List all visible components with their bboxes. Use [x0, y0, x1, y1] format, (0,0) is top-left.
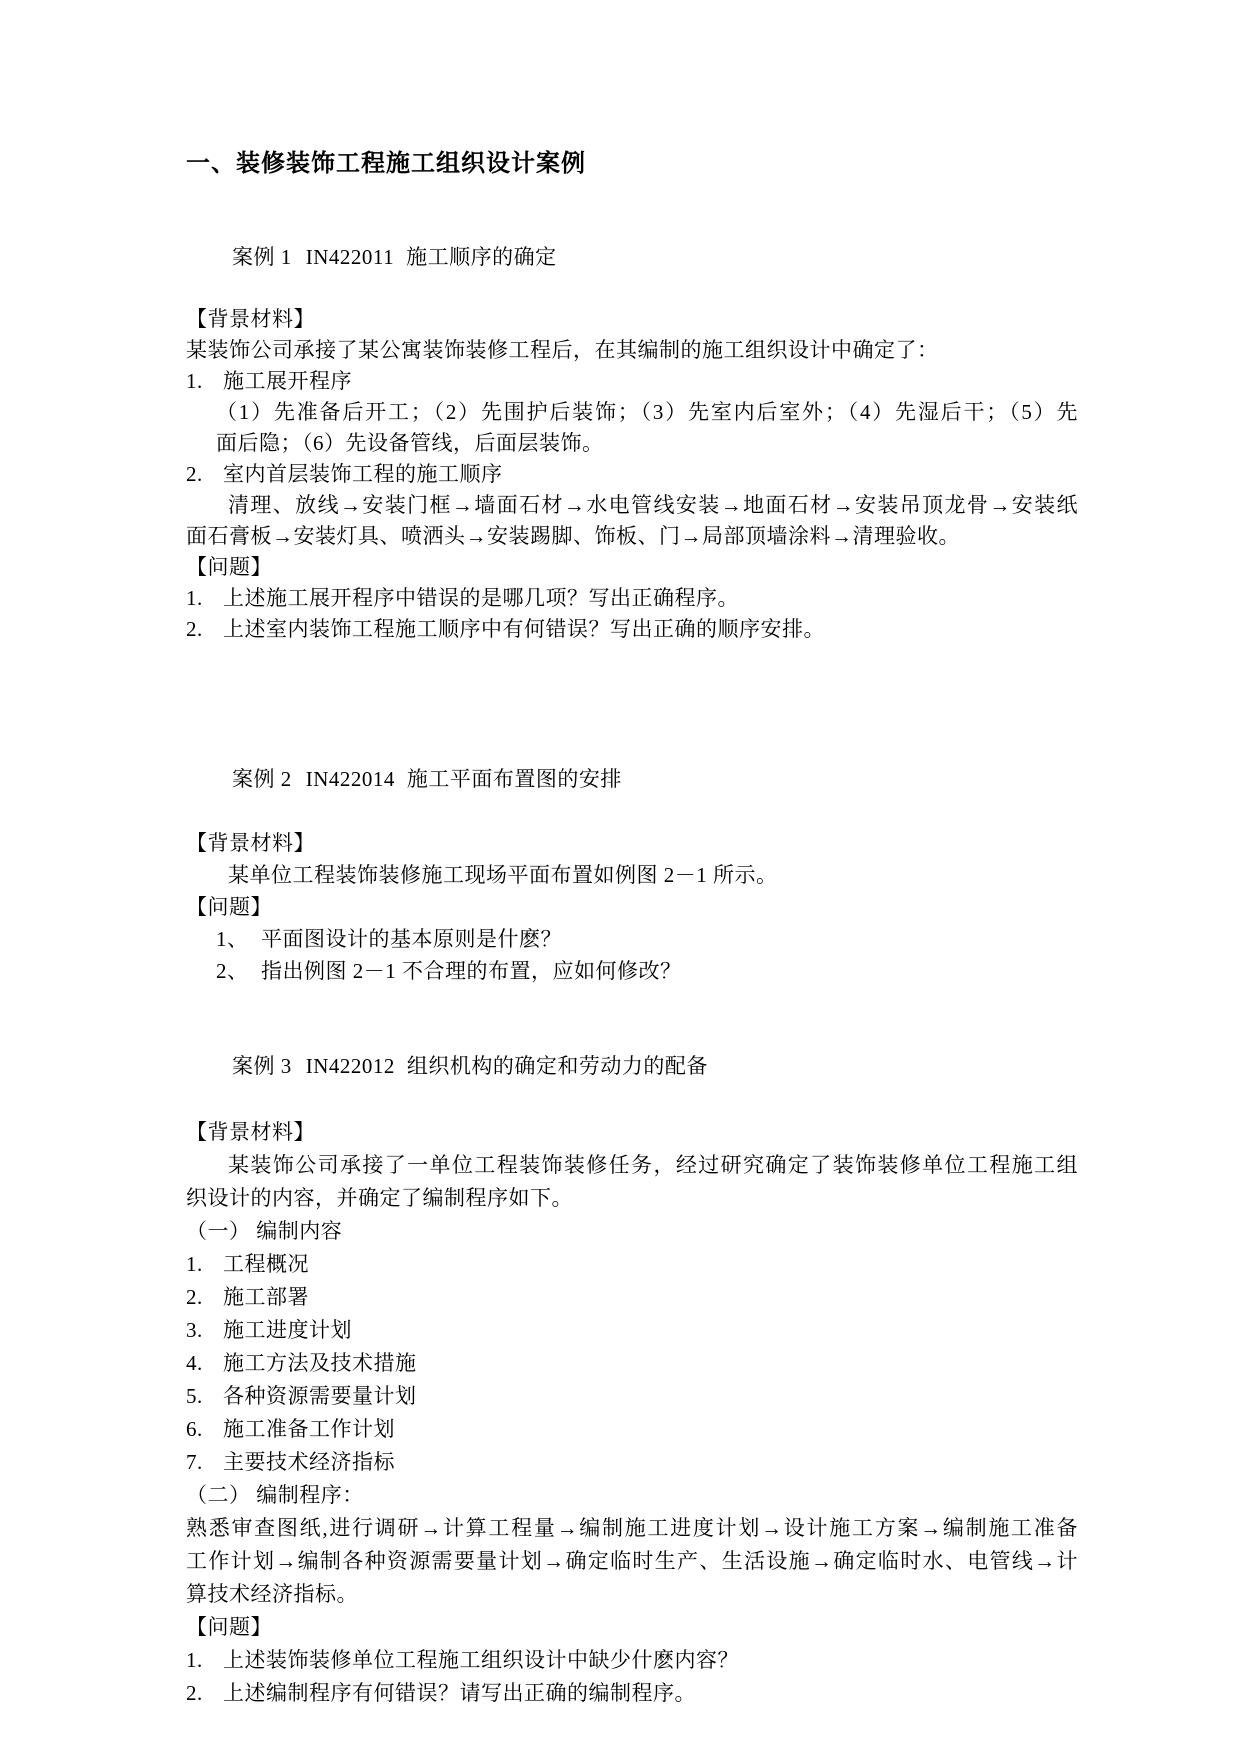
- case-3-question-1: 1.上述装饰装修单位工程施工组织设计中缺少什麽内容？: [186, 1644, 1078, 1677]
- question-number: 2.: [186, 614, 223, 645]
- case-3-question-2: 2.上述编制程序有何错误？请写出正确的编制程序。: [186, 1677, 1078, 1710]
- item-text: 各种资源需要量计划: [223, 1384, 417, 1408]
- case-1-code: IN422011: [306, 245, 394, 269]
- case-2-question-2: 2、指出例图 2－1 不合理的布置，应如何修改？: [186, 955, 1078, 987]
- case-3-intro-line-2: 织设计的内容，并确定了编制程序如下。: [186, 1182, 1078, 1215]
- item-number: 1.: [186, 366, 223, 397]
- case-1-item-1: 1.施工展开程序: [186, 366, 1078, 397]
- item-text: 施工方法及技术措施: [223, 1351, 417, 1375]
- item-number: 2.: [186, 459, 223, 490]
- item-number: 2.: [186, 1281, 223, 1314]
- question-number: 1.: [186, 1644, 223, 1677]
- case-1-heading: 案例 1IN422011施工顺序的确定: [186, 211, 1078, 304]
- case-1-item-2: 2.室内首层装饰工程的施工顺序: [186, 459, 1078, 490]
- item-text: 主要技术经济指标: [223, 1450, 395, 1474]
- case-3-code: IN422012: [306, 1054, 395, 1078]
- document-heading: 一、装修装饰工程施工组织设计案例: [186, 148, 1078, 181]
- case-3-title: 组织机构的确定和劳动力的配备: [407, 1054, 708, 1078]
- question-text: 上述室内装饰工程施工顺序中有何错误？写出正确的顺序安排。: [223, 617, 825, 641]
- case-3-heading: 案例 3IN422012组织机构的确定和劳动力的配备: [186, 1017, 1078, 1116]
- background-label: 【背景材料】: [186, 304, 1078, 335]
- case-3-label: 案例 3: [232, 1054, 292, 1078]
- question-text: 指出例图 2－1 不合理的布置，应如何修改？: [261, 959, 682, 983]
- content-item-7: 7.主要技术经济指标: [186, 1446, 1078, 1479]
- case-1-question-2: 2.上述室内装饰工程施工顺序中有何错误？写出正确的顺序安排。: [186, 614, 1078, 645]
- item-text: 施工部署: [223, 1285, 309, 1309]
- document-page: 一、装修装饰工程施工组织设计案例 案例 1IN422011施工顺序的确定 【背景…: [0, 0, 1241, 1754]
- case-1-item-1-detail-line-2: 面后隐；（6）先设备管线，后面层装饰。: [186, 428, 1078, 459]
- question-number: 1、: [216, 923, 261, 955]
- question-number: 2、: [216, 955, 261, 987]
- content-item-6: 6.施工准备工作计划: [186, 1413, 1078, 1446]
- case-2-label: 案例 2: [232, 767, 292, 791]
- case-1-block: 案例 1IN422011施工顺序的确定 【背景材料】 某装饰公司承接了某公寓装饰…: [186, 211, 1078, 645]
- procedure-line-3: 算技术经济指标。: [186, 1578, 1078, 1611]
- spacer: [186, 181, 1078, 211]
- item-number: 5.: [186, 1380, 223, 1413]
- item-text: 施工进度计划: [223, 1318, 352, 1342]
- case-2-block: 案例 2IN422014施工平面布置图的安排 【背景材料】 某单位工程装饰装修施…: [186, 731, 1078, 987]
- question-text: 平面图设计的基本原则是什麽？: [261, 927, 562, 951]
- case-1-item-1-detail-line-1: （1）先准备后开工；（2）先围护后装饰；（3）先室内后室外；（4）先湿后干；（5…: [186, 397, 1078, 428]
- background-label: 【背景材料】: [186, 1116, 1078, 1149]
- content-item-5: 5.各种资源需要量计划: [186, 1380, 1078, 1413]
- question-text: 上述装饰装修单位工程施工组织设计中缺少什麽内容？: [223, 1648, 739, 1672]
- case-1-item-2-detail-line-2: 面石膏板→安装灯具、喷洒头→安装踢脚、饰板、门→局部顶墙涂料→清理验收。: [186, 521, 1078, 552]
- procedure-line-1: 熟悉审查图纸,进行调研→计算工程量→编制施工进度计划→设计施工方案→编制施工准备: [186, 1512, 1078, 1545]
- question-text: 上述施工展开程序中错误的是哪几项？写出正确程序。: [223, 586, 739, 610]
- document-content: 一、装修装饰工程施工组织设计案例 案例 1IN422011施工顺序的确定 【背景…: [186, 148, 1078, 1710]
- questions-label: 【问题】: [186, 891, 1078, 923]
- case-1-question-1: 1.上述施工展开程序中错误的是哪几项？写出正确程序。: [186, 583, 1078, 614]
- content-item-4: 4.施工方法及技术措施: [186, 1347, 1078, 1380]
- content-item-1: 1.工程概况: [186, 1248, 1078, 1281]
- spacer: [186, 987, 1078, 1017]
- item-text: 室内首层装饰工程的施工顺序: [223, 462, 503, 486]
- spacer: [186, 645, 1078, 731]
- case-2-intro: 某单位工程装饰装修施工现场平面布置如例图 2－1 所示。: [186, 859, 1078, 891]
- case-1-item-2-detail-line-1: 清理、放线→安装门框→墙面石材→水电管线安装→地面石材→安装吊顶龙骨→安装纸: [186, 490, 1078, 521]
- case-2-question-1: 1、平面图设计的基本原则是什麽？: [186, 923, 1078, 955]
- question-number: 2.: [186, 1677, 223, 1710]
- question-number: 1.: [186, 583, 223, 614]
- part-1-label: （一） 编制内容: [186, 1215, 1078, 1248]
- case-3-intro-line-1: 某装饰公司承接了一单位工程装饰装修任务，经过研究确定了装饰装修单位工程施工组: [186, 1149, 1078, 1182]
- background-label: 【背景材料】: [186, 827, 1078, 859]
- item-number: 3.: [186, 1314, 223, 1347]
- content-item-2: 2.施工部署: [186, 1281, 1078, 1314]
- item-text: 施工展开程序: [223, 369, 352, 393]
- questions-label: 【问题】: [186, 1611, 1078, 1644]
- content-item-3: 3.施工进度计划: [186, 1314, 1078, 1347]
- case-2-code: IN422014: [306, 767, 395, 791]
- item-text: 施工准备工作计划: [223, 1417, 395, 1441]
- case-3-block: 案例 3IN422012组织机构的确定和劳动力的配备 【背景材料】 某装饰公司承…: [186, 1017, 1078, 1710]
- case-1-intro: 某装饰公司承接了某公寓装饰装修工程后，在其编制的施工组织设计中确定了：: [186, 335, 1078, 366]
- part-2-label: （二） 编制程序：: [186, 1479, 1078, 1512]
- item-text: 工程概况: [223, 1252, 309, 1276]
- item-number: 4.: [186, 1347, 223, 1380]
- case-1-label: 案例 1: [232, 245, 292, 269]
- case-1-title: 施工顺序的确定: [406, 245, 557, 269]
- item-number: 6.: [186, 1413, 223, 1446]
- question-text: 上述编制程序有何错误？请写出正确的编制程序。: [223, 1681, 696, 1705]
- case-2-title: 施工平面布置图的安排: [407, 767, 622, 791]
- procedure-line-2: 工作计划→编制各种资源需要量计划→确定临时生产、生活设施→确定临时水、电管线→计: [186, 1545, 1078, 1578]
- item-number: 7.: [186, 1446, 223, 1479]
- item-number: 1.: [186, 1248, 223, 1281]
- questions-label: 【问题】: [186, 552, 1078, 583]
- case-2-heading: 案例 2IN422014施工平面布置图的安排: [186, 731, 1078, 827]
